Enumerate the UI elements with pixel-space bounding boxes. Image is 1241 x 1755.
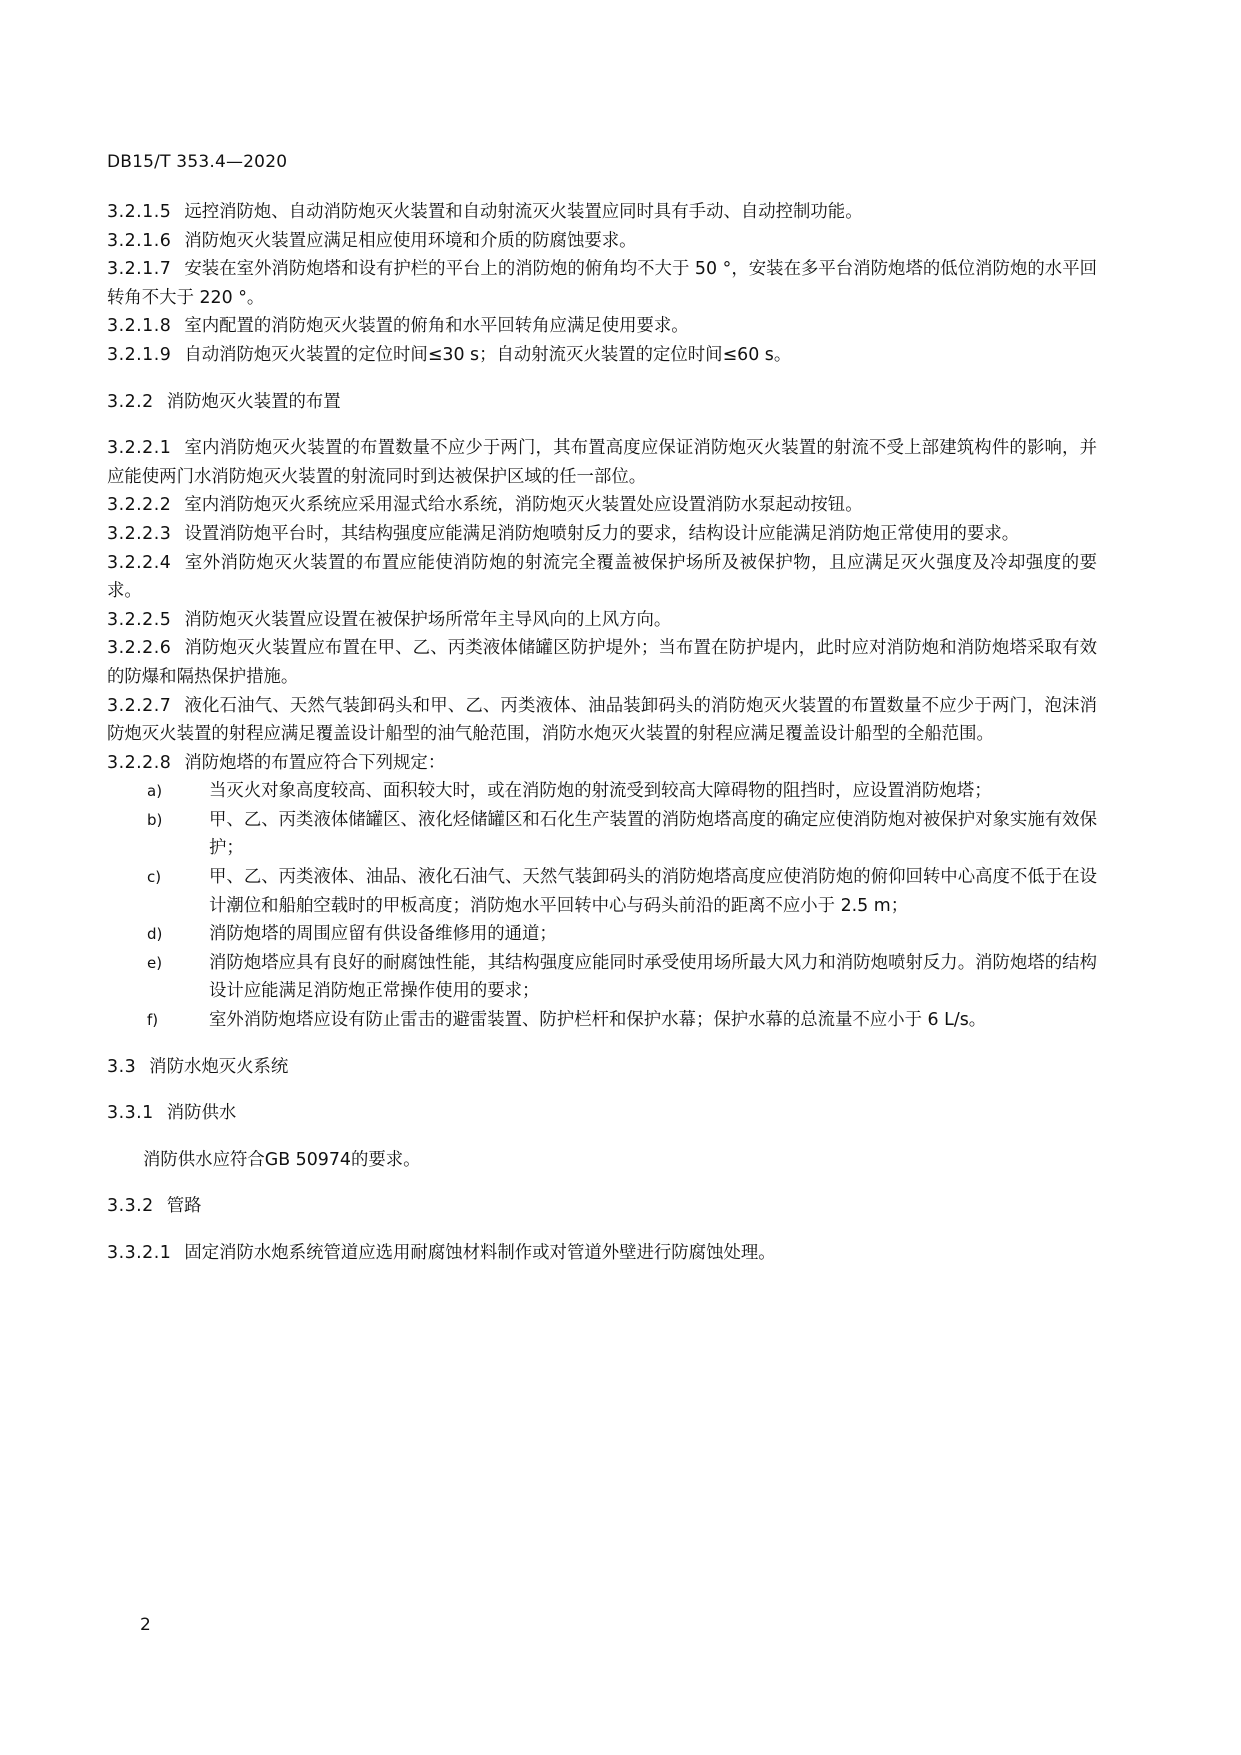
clause-3-2-2-4: 3.2.2.4室外消防炮灭火装置的布置应能使消防炮的射流完全覆盖被保护场所及被保… bbox=[107, 549, 1097, 606]
clause-text: 液化石油气、天然气装卸码头和甲、乙、丙类液体、油品装卸码头的消防炮灭火装置的布置… bbox=[107, 696, 1097, 745]
clause-number: 3.3.2.1 bbox=[107, 1243, 184, 1263]
clause-text: 固定消防水炮系统管道应选用耐腐蚀材料制作或对管道外壁进行防腐蚀处理。 bbox=[184, 1243, 775, 1263]
document-page: DB15/T 353.4—2020 3.2.1.5远控消防炮、自动消防炮灭火装置… bbox=[0, 0, 1241, 1755]
clause-text: 室外消防炮灭火装置的布置应能使消防炮的射流完全覆盖被保护场所及被保护物，且应满足… bbox=[107, 553, 1097, 602]
list-item-text: 室外消防炮塔应设有防止雷击的避雷装置、防护栏杆和保护水幕；保护水幕的总流量不应小… bbox=[209, 1010, 986, 1030]
section-title: 消防炮灭火装置的布置 bbox=[167, 392, 341, 412]
clause-number: 3.2.2.5 bbox=[107, 610, 184, 630]
list-item-b: b) 甲、乙、丙类液体储罐区、液化烃储罐区和石化生产装置的消防炮塔高度的确定应使… bbox=[107, 806, 1097, 863]
clause-text: 消防炮灭火装置应满足相应使用环境和介质的防腐蚀要求。 bbox=[184, 231, 636, 251]
clause-3-2-1-6: 3.2.1.6消防炮灭火装置应满足相应使用环境和介质的防腐蚀要求。 bbox=[107, 227, 1097, 256]
section-number: 3.3.1 bbox=[107, 1103, 167, 1123]
clause-text: 安装在室外消防炮塔和设有护栏的平台上的消防炮的俯角均不大于 50 °，安装在多平… bbox=[107, 259, 1097, 308]
clause-number: 3.2.1.5 bbox=[107, 202, 184, 222]
section-title: 消防供水 bbox=[167, 1103, 237, 1123]
clause-text: 室内配置的消防炮灭火装置的俯角和水平回转角应满足使用要求。 bbox=[184, 316, 688, 336]
list-marker: a) bbox=[147, 777, 162, 806]
section-heading-3-3-1: 3.3.1消防供水 bbox=[107, 1099, 1097, 1128]
clause-number: 3.2.2.3 bbox=[107, 524, 184, 544]
list-item-text: 当灭火对象高度较高、面积较大时，或在消防炮的射流受到较高大障碍物的阻挡时，应设置… bbox=[209, 781, 992, 801]
document-code-header: DB15/T 353.4—2020 bbox=[107, 150, 287, 174]
clause-text: 消防炮灭火装置应布置在甲、乙、丙类液体储罐区防护堤外；当布置在防护堤内，此时应对… bbox=[107, 638, 1097, 687]
clause-3-2-1-7: 3.2.1.7安装在室外消防炮塔和设有护栏的平台上的消防炮的俯角均不大于 50 … bbox=[107, 255, 1097, 312]
clause-3-3-2-1: 3.3.2.1固定消防水炮系统管道应选用耐腐蚀材料制作或对管道外壁进行防腐蚀处理… bbox=[107, 1239, 1097, 1268]
clause-3-2-2-1: 3.2.2.1室内消防炮灭火装置的布置数量不应少于两门，其布置高度应保证消防炮灭… bbox=[107, 434, 1097, 491]
clause-text: 远控消防炮、自动消防炮灭火装置和自动射流灭火装置应同时具有手动、自动控制功能。 bbox=[184, 202, 862, 222]
list-item-text: 甲、乙、丙类液体储罐区、液化烃储罐区和石化生产装置的消防炮塔高度的确定应使消防炮… bbox=[209, 810, 1097, 859]
page-number: 2 bbox=[140, 1615, 151, 1635]
clause-3-2-2-6: 3.2.2.6消防炮灭火装置应布置在甲、乙、丙类液体储罐区防护堤外；当布置在防护… bbox=[107, 634, 1097, 691]
clause-number: 3.2.2.2 bbox=[107, 495, 184, 515]
clause-text: 消防炮塔的布置应符合下列规定： bbox=[184, 753, 445, 773]
clause-3-2-2-2: 3.2.2.2室内消防炮灭火系统应采用湿式给水系统，消防炮灭火装置处应设置消防水… bbox=[107, 491, 1097, 520]
section-number: 3.3 bbox=[107, 1057, 149, 1077]
clause-text: 室内消防炮灭火系统应采用湿式给水系统，消防炮灭火装置处应设置消防水泵起动按钮。 bbox=[184, 495, 862, 515]
list-item-text: 消防炮塔的周围应留有供设备维修用的通道； bbox=[209, 924, 557, 944]
clause-text: 消防炮灭火装置应设置在被保护场所常年主导风向的上风方向。 bbox=[184, 610, 671, 630]
clause-3-2-2-8: 3.2.2.8消防炮塔的布置应符合下列规定： bbox=[107, 749, 1097, 778]
list-item-c: c) 甲、乙、丙类液体、油品、液化石油气、天然气装卸码头的消防炮塔高度应使消防炮… bbox=[107, 863, 1097, 920]
clause-number: 3.2.1.9 bbox=[107, 345, 184, 365]
document-body: 3.2.1.5远控消防炮、自动消防炮灭火装置和自动射流灭火装置应同时具有手动、自… bbox=[107, 198, 1097, 1268]
clause-text: 室内消防炮灭火装置的布置数量不应少于两门，其布置高度应保证消防炮灭火装置的射流不… bbox=[107, 438, 1097, 487]
paragraph-3-3-1: 消防供水应符合GB 50974的要求。 bbox=[107, 1146, 1097, 1175]
section-title: 管路 bbox=[167, 1196, 202, 1216]
clause-3-2-1-8: 3.2.1.8室内配置的消防炮灭火装置的俯角和水平回转角应满足使用要求。 bbox=[107, 312, 1097, 341]
section-title: 消防水炮灭火系统 bbox=[149, 1057, 288, 1077]
clause-3-2-1-9: 3.2.1.9自动消防炮灭火装置的定位时间≤30 s；自动射流灭火装置的定位时间… bbox=[107, 341, 1097, 370]
clause-number: 3.2.1.7 bbox=[107, 259, 184, 279]
list-item-f: f) 室外消防炮塔应设有防止雷击的避雷装置、防护栏杆和保护水幕；保护水幕的总流量… bbox=[107, 1006, 1097, 1035]
clause-3-2-2-7: 3.2.2.7液化石油气、天然气装卸码头和甲、乙、丙类液体、油品装卸码头的消防炮… bbox=[107, 692, 1097, 749]
clause-text: 自动消防炮灭火装置的定位时间≤30 s；自动射流灭火装置的定位时间≤60 s。 bbox=[184, 345, 791, 365]
clause-number: 3.2.2.8 bbox=[107, 753, 184, 773]
clause-number: 3.2.1.6 bbox=[107, 231, 184, 251]
list-item-text: 甲、乙、丙类液体、油品、液化石油气、天然气装卸码头的消防炮塔高度应使消防炮的俯仰… bbox=[209, 867, 1097, 916]
clause-text: 设置消防炮平台时，其结构强度应能满足消防炮喷射反力的要求，结构设计应能满足消防炮… bbox=[184, 524, 1019, 544]
section-heading-3-3: 3.3消防水炮灭火系统 bbox=[107, 1053, 1097, 1082]
list-item-a: a) 当灭火对象高度较高、面积较大时，或在消防炮的射流受到较高大障碍物的阻挡时，… bbox=[107, 777, 1097, 806]
list-item-text: 消防炮塔应具有良好的耐腐蚀性能，其结构强度应能同时承受使用场所最大风力和消防炮喷… bbox=[209, 953, 1097, 1002]
section-heading-3-3-2: 3.3.2管路 bbox=[107, 1192, 1097, 1221]
clause-3-2-2-5: 3.2.2.5消防炮灭火装置应设置在被保护场所常年主导风向的上风方向。 bbox=[107, 606, 1097, 635]
section-heading-3-2-2: 3.2.2消防炮灭火装置的布置 bbox=[107, 388, 1097, 417]
clause-3-2-2-3: 3.2.2.3设置消防炮平台时，其结构强度应能满足消防炮喷射反力的要求，结构设计… bbox=[107, 520, 1097, 549]
list-marker: c) bbox=[147, 863, 161, 892]
list-item-d: d) 消防炮塔的周围应留有供设备维修用的通道； bbox=[107, 920, 1097, 949]
clause-number: 3.2.2.1 bbox=[107, 438, 184, 458]
section-number: 3.2.2 bbox=[107, 392, 167, 412]
clause-number: 3.2.2.7 bbox=[107, 696, 184, 716]
list-item-e: e) 消防炮塔应具有良好的耐腐蚀性能，其结构强度应能同时承受使用场所最大风力和消… bbox=[107, 949, 1097, 1006]
clause-number: 3.2.1.8 bbox=[107, 316, 184, 336]
clause-number: 3.2.2.6 bbox=[107, 638, 184, 658]
list-marker: e) bbox=[147, 949, 162, 978]
list-marker: b) bbox=[147, 806, 162, 835]
section-number: 3.3.2 bbox=[107, 1196, 167, 1216]
clause-3-2-1-5: 3.2.1.5远控消防炮、自动消防炮灭火装置和自动射流灭火装置应同时具有手动、自… bbox=[107, 198, 1097, 227]
clause-3-2-2-8-list: a) 当灭火对象高度较高、面积较大时，或在消防炮的射流受到较高大障碍物的阻挡时，… bbox=[107, 777, 1097, 1034]
list-marker: d) bbox=[147, 920, 162, 949]
list-marker: f) bbox=[147, 1006, 158, 1035]
clause-number: 3.2.2.4 bbox=[107, 553, 184, 573]
